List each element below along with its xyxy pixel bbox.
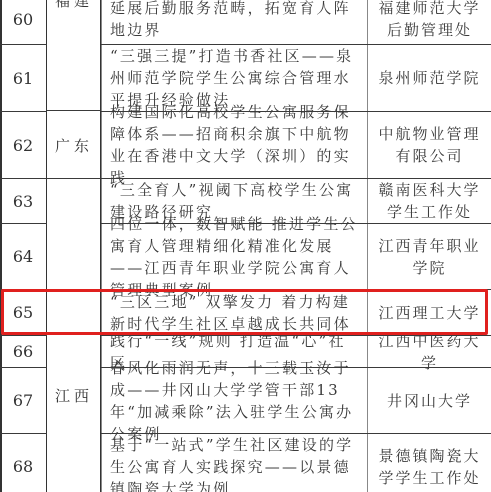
organization: 中航物业管理有限公司	[367, 112, 491, 178]
province-divider	[47, 110, 101, 111]
row-number: 66	[0, 336, 47, 367]
case-title: “三区三地” 双擎发力 着力构建新时代学生社区卓越成长共同体	[101, 290, 367, 335]
organization: 江西理工大学	[367, 290, 491, 335]
case-title: 延展后勤服务范畴，拓宽育人阵地边界	[101, 0, 367, 44]
row-number: 62	[0, 112, 47, 178]
case-title: 基于“一站式”学生社区建设的学生公寓育人实践探究——以景德镇陶瓷大学为例	[101, 434, 367, 492]
case-title: 春风化雨润无声，十三载玉汝于成——井冈山大学学管干部13年“加减乘除”法入驻学生…	[101, 368, 367, 433]
case-title: 四位一体，数智赋能 推进学生公寓育人管理精细化精准化发展——江西青年职业学院公寓…	[101, 224, 367, 289]
organization: 井冈山大学	[367, 368, 491, 433]
row-number: 64	[0, 224, 47, 289]
province-divider	[47, 178, 101, 179]
row-number: 67	[0, 368, 47, 433]
row-number: 65	[0, 290, 47, 335]
organization: 福建师范大学后勤管理处	[367, 0, 491, 44]
row-number: 60	[0, 0, 47, 44]
province-column-bg	[47, 0, 101, 492]
province-label: 广东	[47, 135, 101, 156]
organization: 景德镇陶瓷大学学生工作处	[367, 434, 491, 492]
organization: 江西青年职业学院	[367, 224, 491, 289]
province-label: 福建	[47, 0, 101, 11]
organization: 赣南医科大学学生工作处	[367, 179, 491, 223]
case-title: 构建国际化高校学生公寓服务保障体系——招商积余旗下中航物业在香港中文大学（深圳）…	[101, 112, 367, 178]
province-label: 江西	[47, 385, 101, 406]
row-number: 68	[0, 434, 47, 492]
row-number: 63	[0, 179, 47, 223]
organization: 江西中医药大学	[367, 336, 491, 367]
organization: 泉州师范学院	[367, 45, 491, 111]
row-number: 61	[0, 45, 47, 111]
